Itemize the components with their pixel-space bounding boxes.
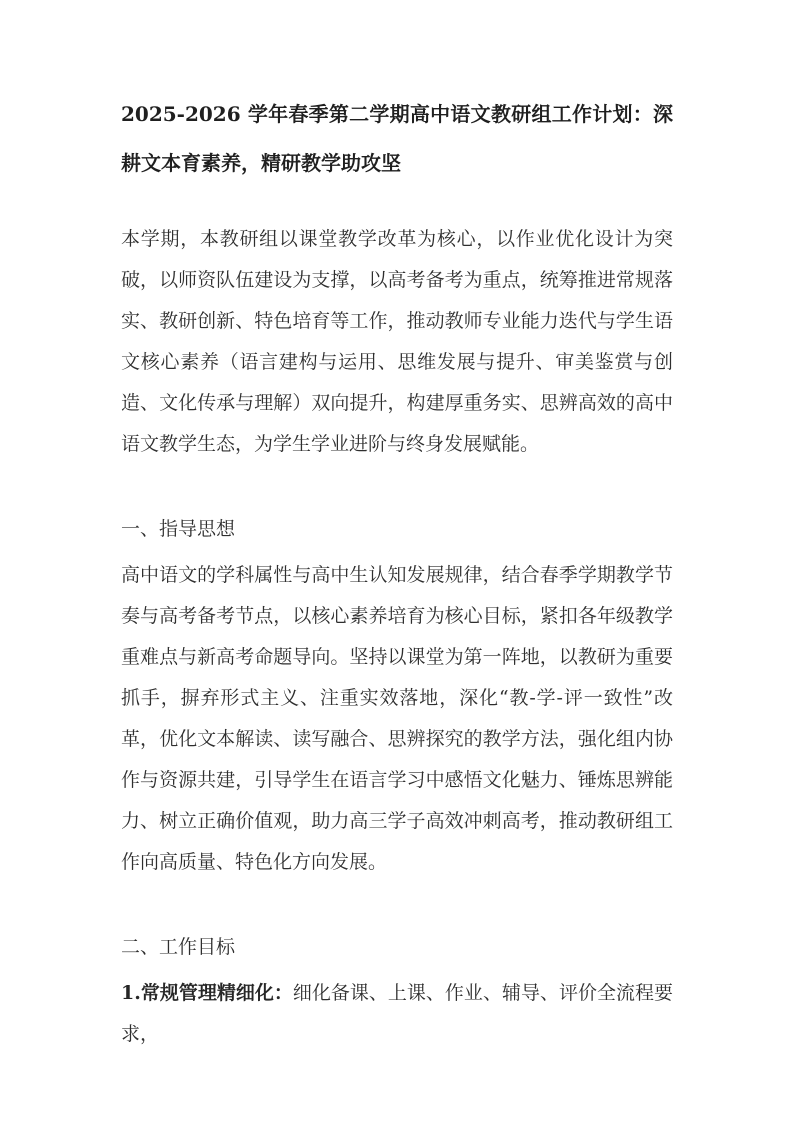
- document-page: 2025-2026 学年春季第二学期高中语文教研组工作计划：深耕文本育素养，精研…: [0, 0, 793, 1122]
- work-goal-item-1: 1.常规管理精细化：细化备课、上课、作业、辅导、评价全流程要求，: [121, 973, 673, 1055]
- document-title: 2025-2026 学年春季第二学期高中语文教研组工作计划：深耕文本育素养，精研…: [121, 90, 673, 188]
- section-heading-work-goals: 二、工作目标: [121, 927, 673, 968]
- intro-paragraph: 本学期，本教研组以课堂教学改革为核心，以作业优化设计为突破，以师资队伍建设为支撑…: [121, 219, 673, 465]
- guiding-ideology-paragraph: 高中语文的学科属性与高中生认知发展规律，结合春季学期教学节奏与高考备考节点，以核…: [121, 555, 673, 883]
- section-heading-guiding-ideology: 一、指导思想: [121, 509, 673, 550]
- work-goal-1-lead: 1.常规管理精细化：: [121, 982, 293, 1004]
